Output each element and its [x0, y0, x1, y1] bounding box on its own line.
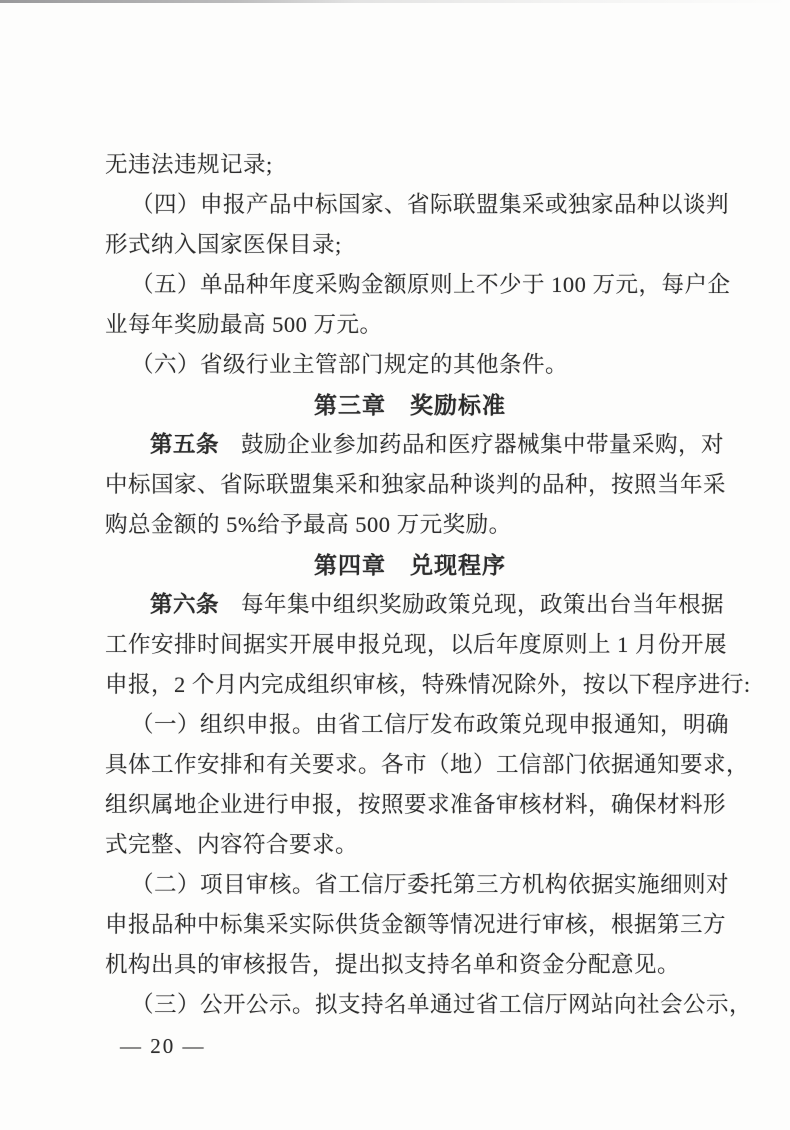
chapter-heading-3: 第三章 奖励标准 — [105, 385, 715, 425]
document-line: （四）申报产品中标国家、省际联盟集采或独家品种以谈判 — [105, 185, 715, 225]
document-line: 中标国家、省际联盟集采和独家品种谈判的品种，按照当年采 — [105, 465, 715, 505]
document-text-block: 无违法违规记录; （四）申报产品中标国家、省际联盟集采或独家品种以谈判 形式纳入… — [105, 145, 715, 1025]
document-line: （一）组织申报。由省工信厅发布政策兑现申报通知，明确 — [105, 705, 715, 745]
document-line: 具体工作安排和有关要求。各市（地）工信部门依据通知要求， — [105, 745, 715, 785]
document-line: （六）省级行业主管部门规定的其他条件。 — [105, 345, 715, 385]
document-line: （二）项目审核。省工信厅委托第三方机构依据实施细则对 — [105, 865, 715, 905]
document-line: 业每年奖励最高 500 万元。 — [105, 305, 715, 345]
document-line: 工作安排时间据实开展申报兑现，以后年度原则上 1 月份开展 — [105, 625, 715, 665]
chapter-heading-4: 第四章 兑现程序 — [105, 545, 715, 585]
article-5-first-line: 第五条鼓励企业参加药品和医疗器械集中带量采购，对 — [105, 425, 715, 465]
document-line: （三）公开公示。拟支持名单通过省工信厅网站向社会公示， — [105, 985, 715, 1025]
article-5-text: 鼓励企业参加药品和医疗器械集中带量采购，对 — [241, 432, 724, 457]
scanned-document-page: 无违法违规记录; （四）申报产品中标国家、省际联盟集采或独家品种以谈判 形式纳入… — [0, 0, 790, 1130]
document-line: 申报品种中标集采实际供货金额等情况进行审核，根据第三方 — [105, 905, 715, 945]
document-line: 申报，2 个月内完成组织审核，特殊情况除外，按以下程序进行: — [105, 665, 715, 705]
article-6-first-line: 第六条每年集中组织奖励政策兑现，政策出台当年根据 — [105, 585, 715, 625]
article-6-text: 每年集中组织奖励政策兑现，政策出台当年根据 — [241, 592, 724, 617]
document-line: 购总金额的 5%给予最高 500 万元奖励。 — [105, 505, 715, 545]
document-line: 形式纳入国家医保目录; — [105, 225, 715, 265]
document-line: 机构出具的审核报告，提出拟支持名单和资金分配意见。 — [105, 945, 715, 985]
scan-artifact-top-edge — [0, 0, 790, 3]
article-5-number: 第五条 — [150, 432, 241, 457]
document-line: 组织属地企业进行申报，按照要求准备审核材料，确保材料形 — [105, 785, 715, 825]
document-line: 式完整、内容符合要求。 — [105, 825, 715, 865]
page-number: — 20 — — [120, 1032, 206, 1060]
document-line: 无违法违规记录; — [105, 145, 715, 185]
document-line: （五）单品种年度采购金额原则上不少于 100 万元，每户企 — [105, 265, 715, 305]
article-6-number: 第六条 — [150, 592, 241, 617]
